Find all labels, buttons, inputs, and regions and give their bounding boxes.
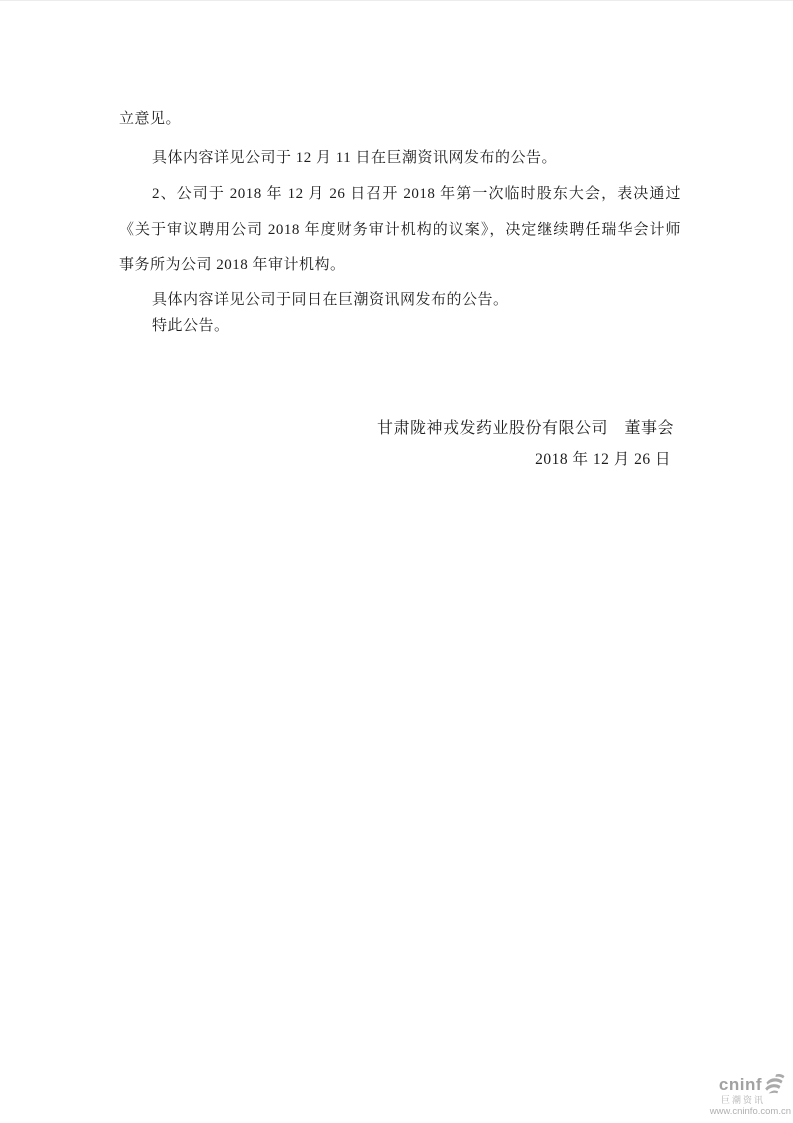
signature-block: 甘肃陇神戎发药业股份有限公司 董事会 2018 年 12 月 26 日 (377, 418, 674, 470)
cninfo-name-cn: 巨潮资讯 (721, 1096, 765, 1105)
cninfo-website: www.cninfo.com.cn (710, 1107, 791, 1117)
cninfo-brand-row: cninf (719, 1074, 785, 1094)
cninfo-brand-text: cninf (719, 1076, 762, 1093)
body-line: 具体内容详见公司于 12 月 11 日在巨潮资讯网发布的公告。 (119, 148, 681, 168)
cninfo-swirl-icon (764, 1074, 785, 1094)
body-line: 特此公告。 (119, 316, 681, 336)
body-line: 事务所为公司 2018 年审计机构。 (119, 255, 681, 275)
signature-date: 2018 年 12 月 26 日 (377, 449, 674, 470)
body-line: 立意见。 (119, 109, 681, 129)
body-line: 2、公司于 2018 年 12 月 26 日召开 2018 年第一次临时股东大会… (119, 184, 681, 204)
body-line: 具体内容详见公司于同日在巨潮资讯网发布的公告。 (119, 290, 681, 310)
body-line: 《关于审议聘用公司 2018 年度财务审计机构的议案》，决定继续聘任瑞华会计师 (119, 220, 681, 240)
cninfo-logo: cninf 巨潮资讯 www.cninfo.com.cn (705, 1074, 791, 1117)
announcement-page: 立意见。 具体内容详见公司于 12 月 11 日在巨潮资讯网发布的公告。 2、公… (0, 0, 793, 1123)
signature-company: 甘肃陇神戎发药业股份有限公司 董事会 (377, 418, 674, 440)
